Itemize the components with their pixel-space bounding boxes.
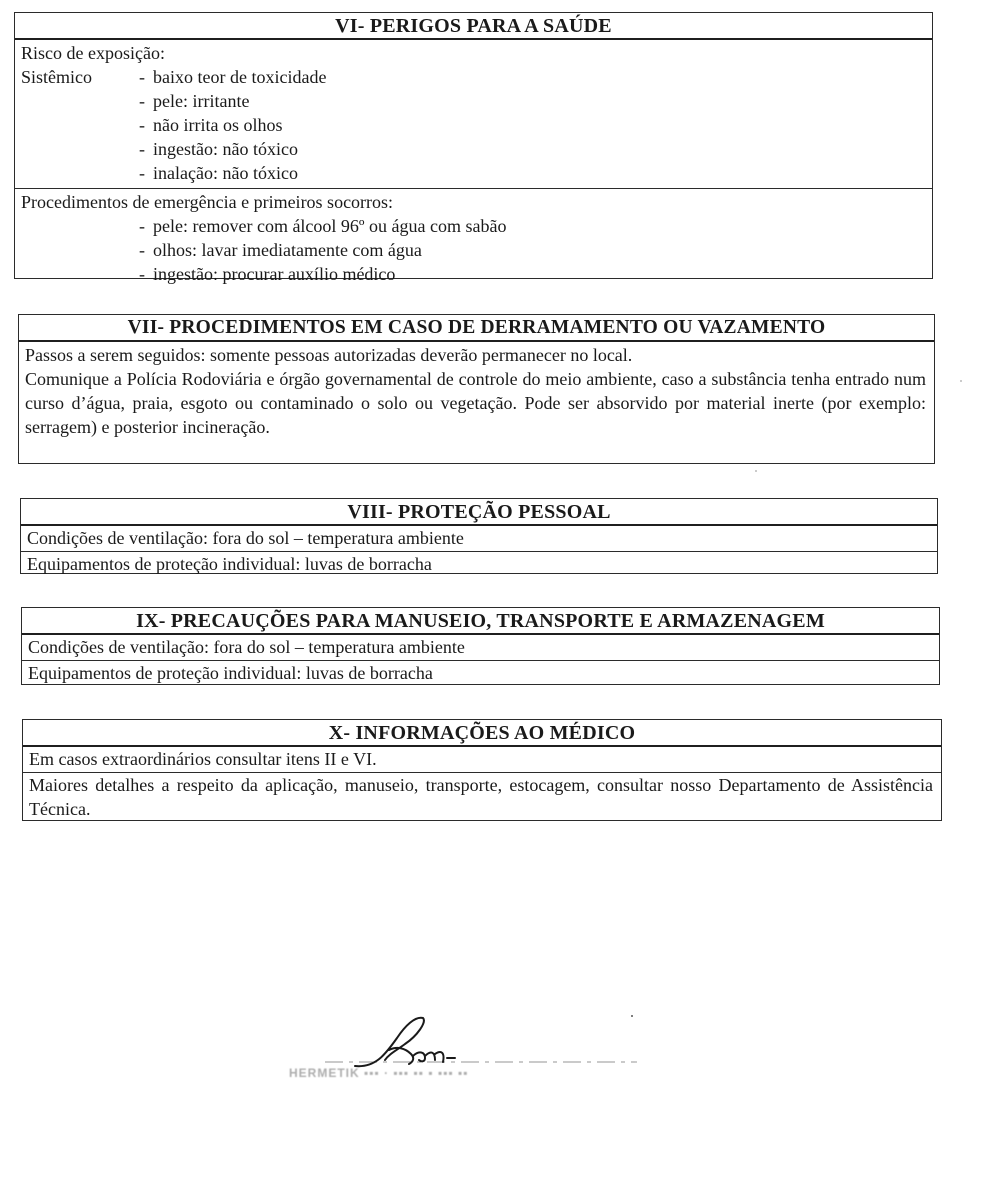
scan-speck [755, 470, 757, 472]
bullet-dash: - [139, 262, 153, 286]
first-aid-item: -olhos: lavar imediatamente com água [21, 238, 926, 262]
exposure-label: Risco de exposição: [21, 41, 926, 65]
first-aid-item: -pele: remover com álcool 96º ou água co… [21, 214, 926, 238]
bullet-dash: - [139, 65, 153, 89]
ventilation-row: Condições de ventilação: fora do sol – t… [21, 526, 937, 551]
signature-block: HERMETIK ▪▪▪ · ▪▪▪ ▪▪ ▪ ▪▪▪ ▪▪ [285, 1010, 645, 1090]
first-aid-block: Procedimentos de emergência e primeiros … [15, 188, 932, 280]
section-spill-procedures: VII- PROCEDIMENTOS EM CASO DE DERRAMAMEN… [18, 314, 935, 464]
spill-steps-line: Passos a serem seguidos: somente pessoas… [19, 342, 934, 367]
exposure-item-text: inalação: não tóxico [153, 163, 298, 183]
signature-caption: HERMETIK ▪▪▪ · ▪▪▪ ▪▪ ▪ ▪▪▪ ▪▪ [289, 1066, 469, 1080]
exposure-item: -pele: irritante [21, 89, 926, 113]
section-title: IX- PRECAUÇÕES PARA MANUSEIO, TRANSPORTE… [22, 608, 939, 635]
exposure-item: baixo teor de toxicidade [153, 67, 326, 87]
bullet-dash: - [139, 89, 153, 113]
section-personal-protection: VIII- PROTEÇÃO PESSOAL Condições de vent… [20, 498, 938, 574]
technical-assistance-row: Maiores detalhes a respeito da aplicação… [23, 772, 941, 821]
scan-speck [960, 380, 962, 382]
bullet-dash: - [139, 113, 153, 137]
first-aid-item: -ingestão: procurar auxílio médico [21, 262, 926, 286]
ppe-row: Equipamentos de proteção individual: luv… [22, 660, 939, 685]
spill-paragraph: Comunique a Polícia Rodoviária e órgão g… [19, 367, 934, 439]
section-handling-precautions: IX- PRECAUÇÕES PARA MANUSEIO, TRANSPORTE… [21, 607, 940, 685]
exposure-item: -não irrita os olhos [21, 113, 926, 137]
section-title: VII- PROCEDIMENTOS EM CASO DE DERRAMAMEN… [19, 315, 934, 342]
section-health-hazards: VI- PERIGOS PARA A SAÚDE Risco de exposi… [14, 12, 933, 279]
systemic-line: Sistêmico-baixo teor de toxicidade [21, 65, 926, 89]
bullet-dash: - [139, 137, 153, 161]
exposure-item-text: não irrita os olhos [153, 115, 282, 135]
scan-speck [631, 1015, 633, 1017]
bullet-dash: - [139, 214, 153, 238]
ventilation-row: Condições de ventilação: fora do sol – t… [22, 635, 939, 660]
exposure-risk-block: Risco de exposição: Sistêmico-baixo teor… [15, 40, 932, 188]
exposure-item-text: ingestão: não tóxico [153, 139, 298, 159]
exposure-item: -ingestão: não tóxico [21, 137, 926, 161]
first-aid-label: Procedimentos de emergência e primeiros … [21, 190, 926, 214]
exposure-list: -pele: irritante -não irrita os olhos -i… [21, 89, 926, 185]
first-aid-list: -pele: remover com álcool 96º ou água co… [21, 214, 926, 286]
exposure-item: -inalação: não tóxico [21, 161, 926, 185]
section-medical-info: X- INFORMAÇÕES AO MÉDICO Em casos extrao… [22, 719, 942, 821]
consult-items-row: Em casos extraordinários consultar itens… [23, 747, 941, 772]
first-aid-item-text: ingestão: procurar auxílio médico [153, 264, 395, 284]
exposure-item-text: pele: irritante [153, 91, 249, 111]
systemic-label: Sistêmico [21, 65, 139, 89]
first-aid-item-text: olhos: lavar imediatamente com água [153, 240, 422, 260]
ppe-row: Equipamentos de proteção individual: luv… [21, 551, 937, 576]
bullet-dash: - [139, 161, 153, 185]
section-title: X- INFORMAÇÕES AO MÉDICO [23, 720, 941, 747]
first-aid-item-text: pele: remover com álcool 96º ou água com… [153, 216, 506, 236]
section-title: VIII- PROTEÇÃO PESSOAL [21, 499, 937, 526]
section-title: VI- PERIGOS PARA A SAÚDE [15, 13, 932, 40]
bullet-dash: - [139, 238, 153, 262]
